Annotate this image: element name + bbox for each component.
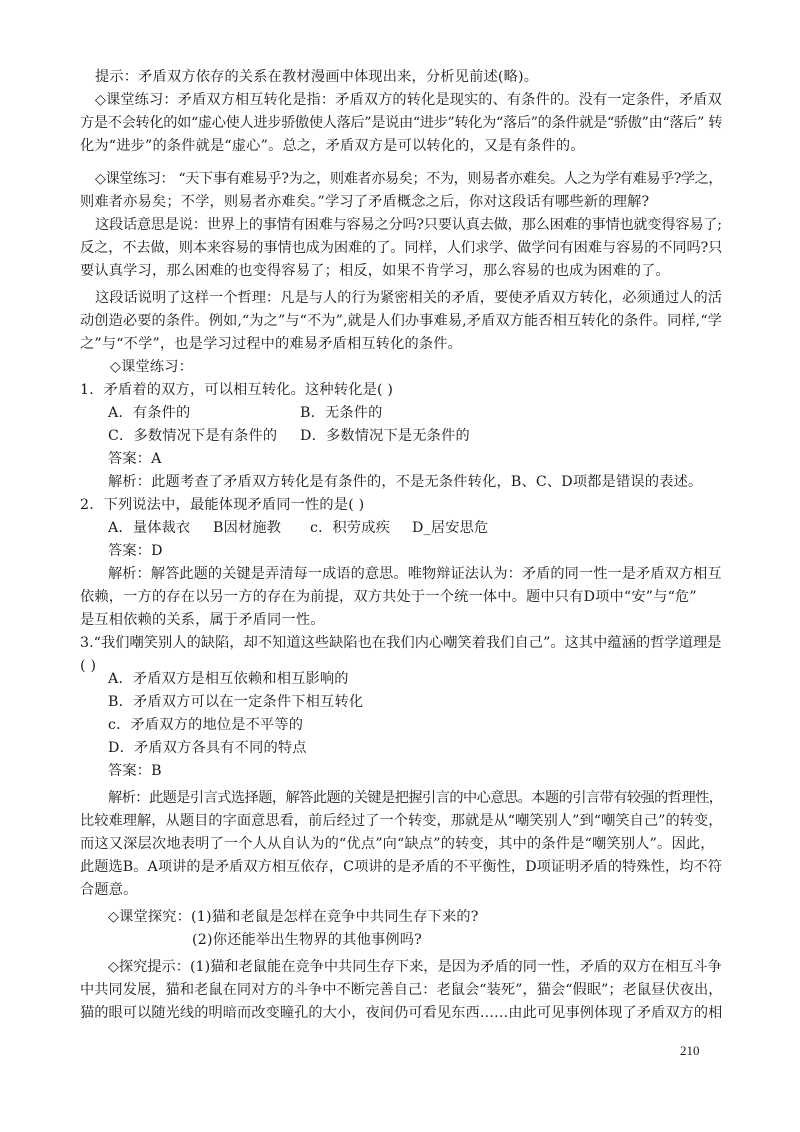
text-line: 答案：A (108, 448, 162, 470)
document-page: 提示：矛盾双方依存的关系在教材漫画中体现出来，分析见前述(略)。◇课堂练习：矛盾… (0, 0, 800, 1132)
text-line: 而这又深层次地表明了一个人从自认为的“优点”向“缺点”的转变，其中的条件是“嘲笑… (80, 833, 715, 855)
text-line: 方是不会转化的如“虚心使人进步骄傲使人落后”是说由“进步”转化为“落后”的条件就… (80, 112, 722, 134)
text-line: 3.“我们嘲笑别人的缺陷，却不知道这些缺陷也在我们内心嘲笑着我们自己”。这其中蕴… (80, 632, 722, 654)
text-line: A．矛盾双方是相互依赖和相互影响的 (108, 668, 349, 690)
text-line: B因材施教 (213, 517, 281, 539)
text-line: 化为“进步”的条件就是“虚心”。总之，矛盾双方是可以转化的，又是有条件的。 (80, 135, 585, 157)
text-line: 合题意。 (80, 879, 138, 901)
text-line: 2．下列说法中，最能体现矛盾同一性的是( ) (80, 494, 364, 516)
text-line: A．有条件的 (108, 402, 190, 424)
text-line: 要认真学习，那么困难的也变得容易了；相反，如果不肯学习，那么容易的也成为困难的了… (80, 260, 670, 282)
text-line: 1．矛盾着的双方，可以相互转化。这种转化是( ) (80, 379, 393, 401)
text-line: B．矛盾双方可以在一定条件下相互转化 (108, 691, 363, 713)
text-line: 此题选B。A项讲的是矛盾双方相互依存，C项讲的是矛盾的不平衡性，D项证明矛盾的特… (80, 856, 722, 878)
text-line: c．积劳成疾 (310, 517, 390, 539)
text-line: 解析：解答此题的关键是弄清每一成语的意思。唯物辩证法认为：矛盾的同一性一是矛盾双… (108, 563, 722, 585)
text-line: B．无条件的 (300, 402, 383, 424)
text-line: 答案：B (108, 760, 162, 782)
text-line: 反之，不去做，则本来容易的事情也成为困难的了。同样，人们求学、做学问有困难与容易… (80, 237, 722, 259)
text-line: 则难者亦易矣；不学，则易者亦难矣。”学习了矛盾概念之后，你对这段话有哪些新的理解… (80, 191, 649, 213)
text-line: 依赖，一方的存在以另一方的存在为前提，双方共处于一个统一体中。题中只有D项中“安… (80, 586, 697, 608)
text-line: 这段话意思是说：世界上的事情有困难与容易之分吗?只要认真去做，那么困难的事情也就… (95, 214, 722, 236)
text-line: 提示：矛盾双方依存的关系在教材漫画中体现出来，分析见前述(略)。 (95, 66, 538, 88)
text-line: C．多数情况下是有条件的 (108, 425, 277, 447)
text-line: (2)你还能举出生物界的其他事例吗? (192, 929, 422, 951)
text-line: 猫的眼可以随光线的明暗而改变瞳孔的大小，夜间仍可看见东西……由此可见事例体现了矛… (80, 1002, 722, 1024)
text-line: 解析：此题是引言式选择题，解答此题的关键是把握引言的中心意思。本题的引言带有较强… (108, 787, 722, 809)
text-line: ◇课堂练习： “天下事有难易乎?为之，则难者亦易矣；不为，则易者亦难矣。人之为学… (95, 168, 722, 190)
text-line: 这段话说明了这样一个哲理：凡是与人的行为紧密相关的矛盾，要使矛盾双方转化，必须通… (95, 287, 722, 309)
text-line: A．量体裁衣 (108, 517, 190, 539)
text-line: 比较难理解，从题目的字面意思看，前后经过了一个转变，那就是从“嘲笑别人”到“嘲笑… (80, 810, 722, 832)
text-line: ( ) (80, 655, 96, 677)
text-line: 动创造必要的条件。例如,“为之”与“不为”,就是人们办事难易,矛盾双方能否相互转… (80, 310, 722, 332)
text-line: D_居安思危 (412, 517, 488, 539)
text-line: ◇课堂练习：矛盾双方相互转化是指：矛盾双方的转化是现实的、有条件的。没有一定条件… (95, 89, 722, 111)
text-line: D．多数情况下是无条件的 (300, 425, 470, 447)
text-line: 是互相依赖的关系，属于矛盾同一性。 (80, 609, 325, 631)
text-line: D．矛盾双方各具有不同的特点 (108, 737, 307, 759)
text-line: ◇课堂探究：(1)猫和老鼠是怎样在竞争中共同生存下来的? (108, 906, 479, 928)
text-line: 中共同发展，猫和老鼠在同对方的斗争中不断完善自己：老鼠会“装死”，猫会“假眠”；… (80, 979, 722, 1001)
text-line: ◇探究提示：(1)猫和老鼠能在竞争中共同生存下来，是因为矛盾的同一性，矛盾的双方… (108, 956, 722, 978)
text-line: 之”与“不学”，也是学习过程中的难易矛盾相互转化的条件。 (80, 333, 462, 355)
page-number: 210 (680, 1043, 700, 1059)
text-line: ◇课堂练习： (110, 356, 193, 378)
text-line: 解析：此题考查了矛盾双方转化是有条件的，不是无条件转化，B、C、D项都是错误的表… (108, 471, 702, 493)
text-line: c．矛盾双方的地位是不平等的 (108, 714, 303, 736)
text-line: 答案：D (108, 540, 163, 562)
